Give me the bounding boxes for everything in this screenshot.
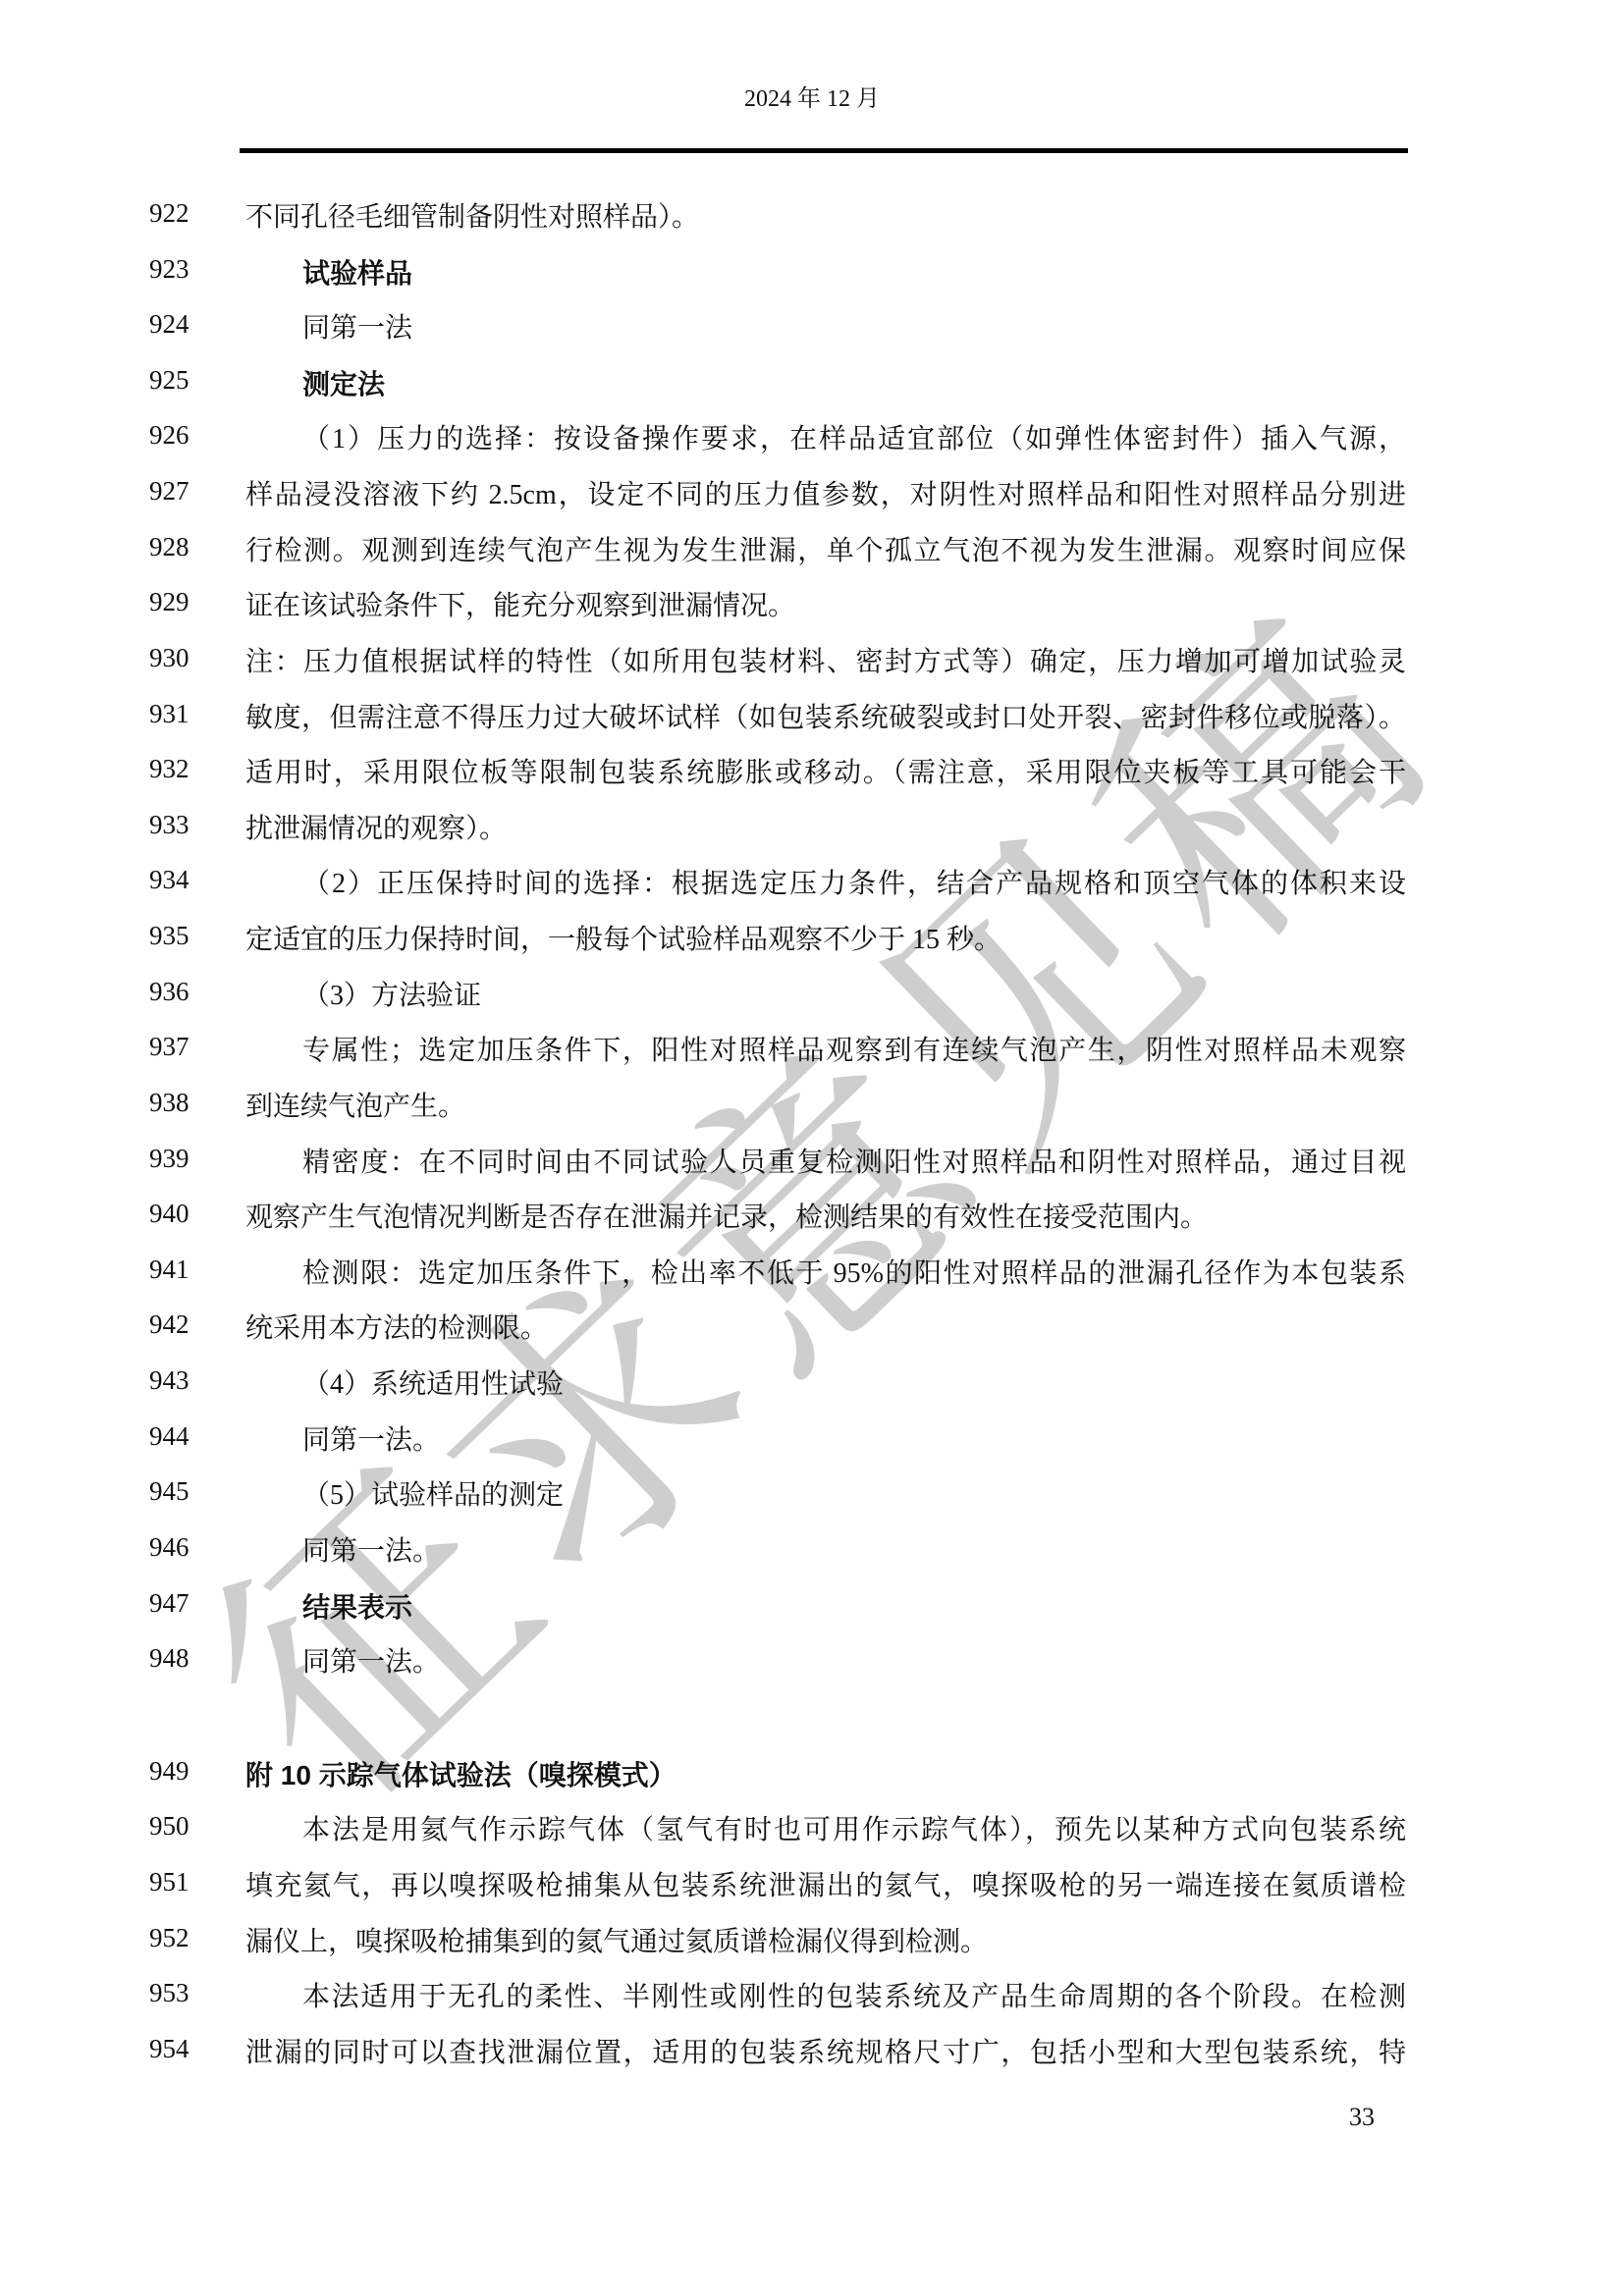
line-text: 检测限：选定加压条件下，检出率不低于 95%的阳性对照样品的泄漏孔径作为本包装系 [245,1255,1406,1296]
line-text: 敏度，但需注意不得压力过大破坏试样（如包装系统破裂或封口处开裂、密封件移位或脱落… [245,699,1406,740]
line-number: 936 [149,977,189,1007]
line-number: 946 [149,1532,189,1563]
line-text: 同第一法。 [245,1421,1406,1461]
document-line: 952漏仪上，嗅探吸枪捕集到的氦气通过氦质谱检漏仪得到检测。 [0,1923,1624,1979]
line-number: 941 [149,1255,189,1285]
line-text: 精密度：在不同时间由不同试验人员重复检测阳性对照样品和阴性对照样品，通过目视 [245,1144,1406,1185]
document-line: 941检测限：选定加压条件下，检出率不低于 95%的阳性对照样品的泄漏孔径作为本… [0,1255,1624,1310]
line-number: 931 [149,699,189,729]
line-text: 适用时，采用限位板等限制包装系统膨胀或移动。（需注意，采用限位夹板等工具可能会干 [245,754,1406,795]
line-text: 测定法 [245,365,1406,404]
document-line: 933扰泄漏情况的观察）。 [0,810,1624,866]
document-line: 948同第一法。 [0,1643,1624,1699]
header-date: 2024 年 12 月 [0,79,1624,113]
line-text: 证在该试验条件下，能充分观察到泄漏情况。 [245,587,1406,626]
line-number: 925 [149,365,189,396]
line-text: 注：压力值根据试样的特性（如所用包装材料、密封方式等）确定，压力增加可增加试验灵 [245,643,1406,684]
document-line: 926（1）压力的选择：按设备操作要求，在样品适宜部位（如弹性体密封件）插入气源… [0,420,1624,476]
line-number: 938 [149,1088,189,1118]
line-number: 953 [149,1978,189,2008]
header-rule [240,148,1408,153]
line-text: 不同孔径毛细管制备阴性对照样品）。 [245,198,1406,238]
line-text: 本法是用氦气作示踪气体（氢气有时也可用作示踪气体），预先以某种方式向包装系统 [245,1811,1406,1852]
line-number: 944 [149,1421,189,1452]
document-line: 951填充氦气，再以嗅探吸枪捕集从包装系统泄漏出的氦气，嗅探吸枪的另一端连接在氦… [0,1867,1624,1923]
line-text: 本法适用于无孔的柔性、半刚性或刚性的包装系统及产品生命周期的各个阶段。在检测 [245,1978,1406,2019]
line-number: 934 [149,865,189,895]
line-text: 统采用本方法的检测限。 [245,1309,1406,1349]
line-text: 同第一法。 [245,1643,1406,1682]
document-line: 946同第一法。 [0,1532,1624,1588]
line-text: （1）压力的选择：按设备操作要求，在样品适宜部位（如弹性体密封件）插入气源， [245,420,1406,461]
document-line: 932适用时，采用限位板等限制包装系统膨胀或移动。（需注意，采用限位夹板等工具可… [0,754,1624,810]
line-number: 939 [149,1144,189,1174]
document-line: 947结果表示 [0,1588,1624,1644]
line-number: 952 [149,1923,189,1953]
line-number: 929 [149,587,189,617]
line-number: 932 [149,754,189,784]
line-number: 927 [149,476,189,507]
document-line: 945（5）试验样品的测定 [0,1476,1624,1532]
line-number: 935 [149,921,189,951]
line-text: 到连续气泡产生。 [245,1088,1406,1127]
line-text: 观察产生气泡情况判断是否存在泄漏并记录，检测结果的有效性在接受范围内。 [245,1199,1406,1238]
line-text: 漏仪上，嗅探吸枪捕集到的氦气通过氦质谱检漏仪得到检测。 [245,1923,1406,1962]
line-text: 同第一法。 [245,1532,1406,1572]
page-number: 33 [1349,2103,1375,2132]
line-text: （4）系统适用性试验 [245,1365,1406,1405]
document-line: 949附 10 示踪气体试验法（嗅探模式） [0,1756,1624,1812]
document-line: 943（4）系统适用性试验 [0,1365,1624,1421]
line-number: 923 [149,254,189,285]
document-line: 931敏度，但需注意不得压力过大破坏试样（如包装系统破裂或封口处开裂、密封件移位… [0,699,1624,755]
line-text: 专属性；选定加压条件下，阳性对照样品观察到有连续气泡产生，阴性对照样品未观察 [245,1032,1406,1073]
line-number: 924 [149,309,189,340]
document-line: 923试验样品 [0,254,1624,310]
line-number: 943 [149,1365,189,1396]
document-line: 936（3）方法验证 [0,977,1624,1033]
document-line: 939精密度：在不同时间由不同试验人员重复检测阳性对照样品和阴性对照样品，通过目… [0,1144,1624,1200]
line-number: 945 [149,1476,189,1507]
line-number: 942 [149,1309,189,1340]
document-line: 938到连续气泡产生。 [0,1088,1624,1144]
document-line: 935定适宜的压力保持时间，一般每个试验样品观察不少于 15 秒。 [0,921,1624,977]
line-text: 定适宜的压力保持时间，一般每个试验样品观察不少于 15 秒。 [245,921,1406,960]
document-line: 940观察产生气泡情况判断是否存在泄漏并记录，检测结果的有效性在接受范围内。 [0,1199,1624,1255]
document-line: 934（2）正压保持时间的选择：根据选定压力条件，结合产品规格和顶空气体的体积来… [0,865,1624,921]
document-page: 征求意见稿 2024 年 12 月 922不同孔径毛细管制备阴性对照样品）。92… [0,0,1624,2296]
document-line: 944同第一法。 [0,1421,1624,1477]
line-number: 930 [149,643,189,673]
line-text: 结果表示 [245,1588,1406,1628]
line-text: 泄漏的同时可以查找泄漏位置，适用的包装系统规格尺寸广，包括小型和大型包装系统，特 [245,2034,1406,2075]
document-line: 950本法是用氦气作示踪气体（氢气有时也可用作示踪气体），预先以某种方式向包装系… [0,1811,1624,1867]
line-text: （3）方法验证 [245,977,1406,1016]
document-line: 927样品浸没溶液下约 2.5cm，设定不同的压力值参数，对阴性对照样品和阳性对… [0,476,1624,532]
line-number: 947 [149,1588,189,1619]
document-line: 925测定法 [0,365,1624,421]
document-line: 942统采用本方法的检测限。 [0,1309,1624,1365]
line-text: 行检测。观测到连续气泡产生视为发生泄漏，单个孤立气泡不视为发生泄漏。观察时间应保 [245,532,1406,573]
line-number: 950 [149,1811,189,1842]
document-line: 928行检测。观测到连续气泡产生视为发生泄漏，单个孤立气泡不视为发生泄漏。观察时… [0,532,1624,588]
document-line: 937专属性；选定加压条件下，阳性对照样品观察到有连续气泡产生，阴性对照样品未观… [0,1032,1624,1088]
document-line: 930注：压力值根据试样的特性（如所用包装材料、密封方式等）确定，压力增加可增加… [0,643,1624,699]
document-line: 953本法适用于无孔的柔性、半刚性或刚性的包装系统及产品生命周期的各个阶段。在检… [0,1978,1624,2034]
line-number: 922 [149,198,189,229]
document-body: 922不同孔径毛细管制备阴性对照样品）。923试验样品924同第一法925测定法… [0,0,1624,2296]
line-number: 948 [149,1643,189,1674]
line-number: 928 [149,532,189,562]
line-number: 949 [149,1756,189,1787]
line-number: 933 [149,810,189,840]
line-text: 同第一法 [245,309,1406,348]
line-text: 样品浸没溶液下约 2.5cm，设定不同的压力值参数，对阴性对照样品和阳性对照样品… [245,476,1406,517]
document-line: 924同第一法 [0,309,1624,365]
line-text: （5）试验样品的测定 [245,1476,1406,1516]
line-number: 940 [149,1199,189,1229]
document-line: 954泄漏的同时可以查找泄漏位置，适用的包装系统规格尺寸广，包括小型和大型包装系… [0,2034,1624,2090]
line-text: 附 10 示踪气体试验法（嗅探模式） [245,1756,1406,1795]
line-text: （2）正压保持时间的选择：根据选定压力条件，结合产品规格和顶空气体的体积来设 [245,865,1406,906]
line-number: 954 [149,2034,189,2064]
line-text: 扰泄漏情况的观察）。 [245,810,1406,849]
line-number: 951 [149,1867,189,1897]
line-number: 937 [149,1032,189,1062]
document-line: 922不同孔径毛细管制备阴性对照样品）。 [0,198,1624,254]
document-line: 929证在该试验条件下，能充分观察到泄漏情况。 [0,587,1624,643]
line-text: 试验样品 [245,254,1406,294]
line-text: 填充氦气，再以嗅探吸枪捕集从包装系统泄漏出的氦气，嗅探吸枪的另一端连接在氦质谱检 [245,1867,1406,1908]
line-number: 926 [149,420,189,451]
